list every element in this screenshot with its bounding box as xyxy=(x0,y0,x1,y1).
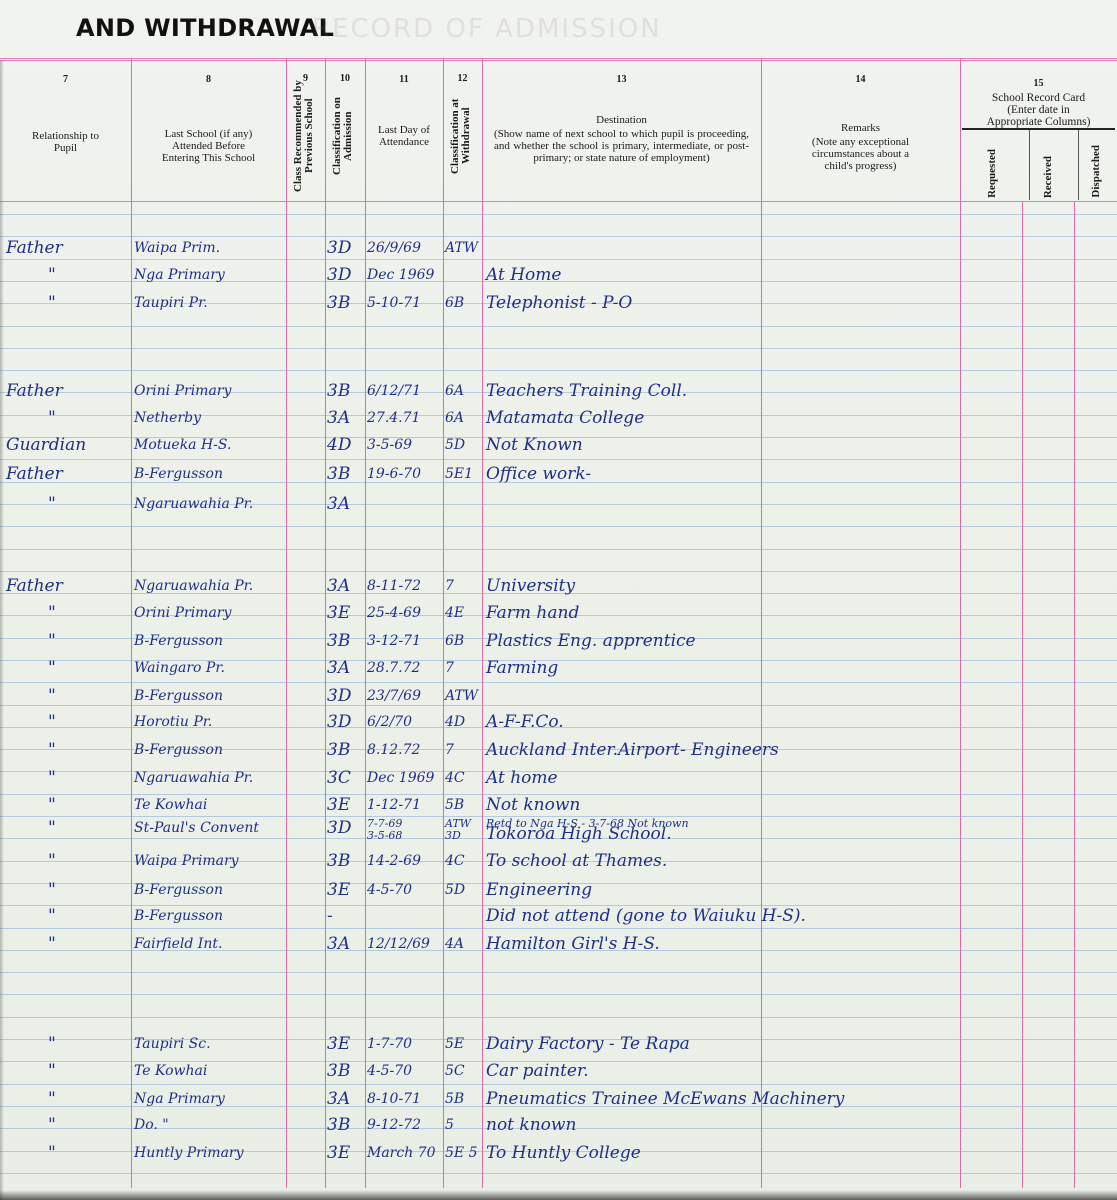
cell-destination: Not known xyxy=(486,795,580,815)
cell-class-withdrawal: 5 xyxy=(445,1115,454,1135)
cell-last-school: B-Fergusson xyxy=(134,631,223,651)
ruled-line xyxy=(0,259,1117,260)
cell-relationship: Guardian xyxy=(6,435,86,455)
cell-last-school: Nga Primary xyxy=(134,1089,225,1109)
cell-last-day: 6/12/71 xyxy=(367,381,421,401)
cell-class-withdrawal: 6A xyxy=(445,381,464,401)
cell-last-day: 5-10-71 xyxy=(367,293,421,313)
cell-last-day: 8.12.72 xyxy=(367,740,420,760)
cell-relationship: " xyxy=(48,1143,56,1163)
cell-class-admission: 3E xyxy=(327,1143,350,1163)
header-col-8: 8 Last School (if any) Attended Before E… xyxy=(131,60,286,202)
cell-destination: To Huntly College xyxy=(486,1143,641,1163)
cell-class-withdrawal: 5D xyxy=(445,880,465,900)
column-divider xyxy=(286,58,287,1188)
cell-relationship: " xyxy=(48,686,56,706)
cell-class-withdrawal: 6B xyxy=(445,631,464,651)
header-top-rule xyxy=(0,58,1117,59)
cell-last-school: Taupiri Sc. xyxy=(134,1034,211,1054)
cell-class-withdrawal: 4A xyxy=(445,934,464,954)
cell-destination: Auckland Inter.Airport- Engineers xyxy=(486,740,779,760)
cell-last-school: Te Kowhai xyxy=(134,1061,207,1081)
cell-last-school: B-Fergusson xyxy=(134,686,223,706)
cell-destination: Pneumatics Trainee McEwans Machinery xyxy=(486,1089,844,1109)
cell-last-day: 23/7/69 xyxy=(367,686,421,706)
cell-relationship: " xyxy=(48,768,56,788)
column-divider xyxy=(365,58,366,1188)
ledger-page: AND WITHDRAWAL RECORD OF ADMISSION 7 Rel… xyxy=(0,0,1117,1200)
page-bottom-shadow xyxy=(0,1190,1117,1200)
cell-last-day: Dec 1969 xyxy=(367,265,434,285)
cell-class-admission: 3B xyxy=(327,1061,350,1081)
cell-class-admission: 3D xyxy=(327,265,351,285)
cell-class-withdrawal: 7 xyxy=(445,576,454,596)
cell-class-withdrawal: 5B xyxy=(445,1089,464,1109)
header-col-11: 11 Last Day of Attendance xyxy=(365,60,443,202)
ruled-line xyxy=(0,571,1117,572)
cell-last-day: 3-12-71 xyxy=(367,631,421,651)
cell-relationship: " xyxy=(48,795,56,815)
cell-class-withdrawal: 5E 5 xyxy=(445,1143,477,1163)
cell-class-withdrawal: 7 xyxy=(445,740,454,760)
cell-destination: Engineering xyxy=(486,880,592,900)
cell-relationship: " xyxy=(48,1089,56,1109)
cell-last-day: 14-2-69 xyxy=(367,851,421,871)
bleed-through-title: RECORD OF ADMISSION xyxy=(312,14,662,44)
cell-class-withdrawal: 5E xyxy=(445,1034,464,1054)
cell-destination: Hamilton Girl's H-S. xyxy=(486,934,660,954)
cell-class-admission: 3A xyxy=(327,576,350,596)
ruled-line xyxy=(0,972,1117,973)
cell-class-admission: 3E xyxy=(327,795,350,815)
cell-last-school: B-Fergusson xyxy=(134,464,223,484)
cell-destination: Did not attend (gone to Waiuku H-S). xyxy=(486,906,806,926)
column-divider xyxy=(960,58,961,1188)
ruled-line xyxy=(0,994,1117,995)
cell-last-school: St-Paul's Convent xyxy=(134,818,259,838)
cell-class-withdrawal: 6B xyxy=(445,293,464,313)
cell-destination: A-F-F.Co. xyxy=(486,712,564,732)
cell-relationship: " xyxy=(48,494,56,514)
header-col-9: Class Recommended by Previous School xyxy=(286,76,325,196)
cell-class-withdrawal: 4C xyxy=(445,851,465,871)
cell-relationship: " xyxy=(48,740,56,760)
cell-class-withdrawal: 4D xyxy=(445,712,465,732)
header-col-12: Classification at Withdrawal xyxy=(443,76,482,196)
ruled-line xyxy=(0,682,1117,683)
cell-last-school: B-Fergusson xyxy=(134,740,223,760)
cell-last-school: B-Fergusson xyxy=(134,906,223,926)
cell-last-school: Waingaro Pr. xyxy=(134,658,225,678)
cell-last-day: 26/9/69 xyxy=(367,238,421,258)
cell-relationship: " xyxy=(48,1061,56,1081)
cell-class-admission: 3B xyxy=(327,381,350,401)
cell-relationship: " xyxy=(48,293,56,313)
ruled-line xyxy=(0,348,1117,349)
cell-relationship: " xyxy=(48,603,56,623)
cell-destination: University xyxy=(486,576,575,596)
cell-destination: At home xyxy=(486,768,558,788)
cell-class-withdrawal: 4E xyxy=(445,603,464,623)
cell-class-admission: 3A xyxy=(327,934,350,954)
cell-relationship: " xyxy=(48,1034,56,1054)
cell-last-school: Waipa Prim. xyxy=(134,238,220,258)
cell-relationship: Father xyxy=(6,464,63,484)
page-title: AND WITHDRAWAL xyxy=(76,14,334,42)
cell-relationship: " xyxy=(48,1115,56,1135)
cell-relationship: Father xyxy=(6,238,63,258)
ruled-line xyxy=(0,1084,1117,1085)
column-divider xyxy=(1074,201,1075,1188)
cell-last-school: B-Fergusson xyxy=(134,880,223,900)
cell-relationship: " xyxy=(48,880,56,900)
cell-last-day: 8-11-72 xyxy=(367,576,421,596)
cell-class-admission: 3A xyxy=(327,1089,350,1109)
cell-last-day: 6/2/70 xyxy=(367,712,412,732)
cell-last-day-alt: 3-5-68 xyxy=(367,826,402,846)
cell-last-day: 1-12-71 xyxy=(367,795,421,815)
cell-class-withdrawal: 5E1 xyxy=(445,464,473,484)
cell-last-school: Do. " xyxy=(134,1115,169,1135)
cell-last-school: Orini Primary xyxy=(134,603,231,623)
cell-class-admission: 3B xyxy=(327,464,350,484)
cell-class-admission: 4D xyxy=(327,435,351,455)
cell-class-admission: 3D xyxy=(327,686,351,706)
cell-last-day: 1-7-70 xyxy=(367,1034,412,1054)
cell-last-day: 4-5-70 xyxy=(367,880,412,900)
cell-last-day: 3-5-69 xyxy=(367,435,412,455)
cell-destination: To school at Thames. xyxy=(486,851,667,871)
ruled-line xyxy=(0,236,1117,237)
cell-class-withdrawal: ATW xyxy=(445,238,478,258)
cell-destination: Farm hand xyxy=(486,603,579,623)
cell-class-withdrawal: 5C xyxy=(445,1061,465,1081)
cell-last-day: 27.4.71 xyxy=(367,408,420,428)
cell-class-withdrawal: 4C xyxy=(445,768,465,788)
cell-relationship: " xyxy=(48,408,56,428)
cell-destination: Teachers Training Coll. xyxy=(486,381,687,401)
cell-class-admission: 3E xyxy=(327,880,350,900)
cell-last-school: Horotiu Pr. xyxy=(134,712,212,732)
cell-class-admission: 3B xyxy=(327,631,350,651)
page-edge-shadow xyxy=(0,60,4,1200)
cell-class-admission: 3B xyxy=(327,1115,350,1135)
cell-class-admission: 3D xyxy=(327,712,351,732)
cell-class-admission: 3A xyxy=(327,658,350,678)
cell-relationship: " xyxy=(48,934,56,954)
record-card-rule xyxy=(962,128,1115,130)
cell-class-admission: - xyxy=(327,906,333,926)
cell-last-day: 19-6-70 xyxy=(367,464,421,484)
cell-relationship: " xyxy=(48,906,56,926)
ruled-line xyxy=(0,1017,1117,1018)
cell-class-withdrawal: 5B xyxy=(445,795,464,815)
cell-last-day: Dec 1969 xyxy=(367,768,434,788)
cell-destination-alt: Tokoroa High School. xyxy=(486,824,672,844)
cell-destination: not known xyxy=(486,1115,576,1135)
cell-last-school: Waipa Primary xyxy=(134,851,239,871)
cell-last-school: Orini Primary xyxy=(134,381,231,401)
cell-relationship: " xyxy=(48,658,56,678)
column-divider xyxy=(482,58,483,1188)
cell-last-school: Netherby xyxy=(134,408,201,428)
cell-class-withdrawal: ATW xyxy=(445,686,478,706)
cell-last-school: Nga Primary xyxy=(134,265,225,285)
column-divider xyxy=(761,58,762,1188)
cell-last-day: 8-10-71 xyxy=(367,1089,421,1109)
column-divider xyxy=(1022,201,1023,1188)
cell-destination: Matamata College xyxy=(486,408,644,428)
ruled-line xyxy=(0,526,1117,527)
cell-class-withdrawal: 6A xyxy=(445,408,464,428)
header-received: Received xyxy=(1022,136,1074,198)
cell-class-withdrawal-alt: 3D xyxy=(445,826,461,846)
header-col-10: Classification on Admission xyxy=(325,76,365,196)
cell-class-admission: 3B xyxy=(327,851,350,871)
cell-destination: Telephonist - P-O xyxy=(486,293,632,313)
cell-class-admission: 3A xyxy=(327,494,350,514)
header-dispatched: Dispatched xyxy=(1074,136,1117,198)
cell-last-day: 28.7.72 xyxy=(367,658,420,678)
cell-class-admission: 3A xyxy=(327,408,350,428)
cell-last-school: Ngaruawahia Pr. xyxy=(134,494,253,514)
header-requested: Requested xyxy=(962,136,1022,198)
cell-destination: Farming xyxy=(486,658,558,678)
cell-last-school: Motueka H-S. xyxy=(134,435,231,455)
cell-last-school: Ngaruawahia Pr. xyxy=(134,576,253,596)
cell-destination: Car painter. xyxy=(486,1061,589,1081)
cell-relationship: " xyxy=(48,818,56,838)
cell-last-school: Ngaruawahia Pr. xyxy=(134,768,253,788)
cell-relationship: " xyxy=(48,712,56,732)
cell-class-admission: 3B xyxy=(327,293,350,313)
cell-relationship: " xyxy=(48,631,56,651)
cell-last-day: March 70 xyxy=(367,1143,436,1163)
cell-destination: At Home xyxy=(486,265,561,285)
cell-last-school: Taupiri Pr. xyxy=(134,293,208,313)
ruled-line xyxy=(0,549,1117,550)
cell-class-admission: 3B xyxy=(327,740,350,760)
cell-relationship: Father xyxy=(6,576,63,596)
ruled-line xyxy=(0,326,1117,327)
cell-last-school: Fairfield Int. xyxy=(134,934,222,954)
header-col-7: 7 Relationship to Pupil xyxy=(0,60,131,202)
ruled-line xyxy=(0,459,1117,460)
cell-class-withdrawal: 7 xyxy=(445,658,454,678)
cell-relationship: Father xyxy=(6,381,63,401)
cell-relationship: " xyxy=(48,851,56,871)
header-col-13: 13 Destination (Show name of next school… xyxy=(482,60,761,202)
cell-class-withdrawal: 5D xyxy=(445,435,465,455)
column-divider xyxy=(443,58,444,1188)
header-col-14: 14 Remarks (Note any exceptional circums… xyxy=(761,60,960,202)
ruled-line xyxy=(0,370,1117,371)
ruled-line xyxy=(0,1173,1117,1174)
cell-destination: Office work- xyxy=(486,464,591,484)
cell-last-day: 4-5-70 xyxy=(367,1061,412,1081)
cell-last-day: 9-12-72 xyxy=(367,1115,421,1135)
cell-last-school: Te Kowhai xyxy=(134,795,207,815)
cell-last-day: 12/12/69 xyxy=(367,934,430,954)
column-divider xyxy=(325,58,326,1188)
cell-class-admission: 3C xyxy=(327,768,351,788)
column-divider xyxy=(131,58,132,1188)
cell-class-admission: 3D xyxy=(327,238,351,258)
cell-destination: Plastics Eng. apprentice xyxy=(486,631,696,651)
cell-class-admission: 3E xyxy=(327,1034,350,1054)
cell-last-day: 25-4-69 xyxy=(367,603,421,623)
cell-relationship: " xyxy=(48,265,56,285)
ruled-line xyxy=(0,928,1117,929)
cell-destination: Dairy Factory - Te Rapa xyxy=(486,1034,690,1054)
cell-class-admission: 3D xyxy=(327,818,351,838)
cell-destination: Not Known xyxy=(486,435,583,455)
ruled-line xyxy=(0,214,1117,215)
cell-last-school: Huntly Primary xyxy=(134,1143,244,1163)
cell-class-admission: 3E xyxy=(327,603,350,623)
